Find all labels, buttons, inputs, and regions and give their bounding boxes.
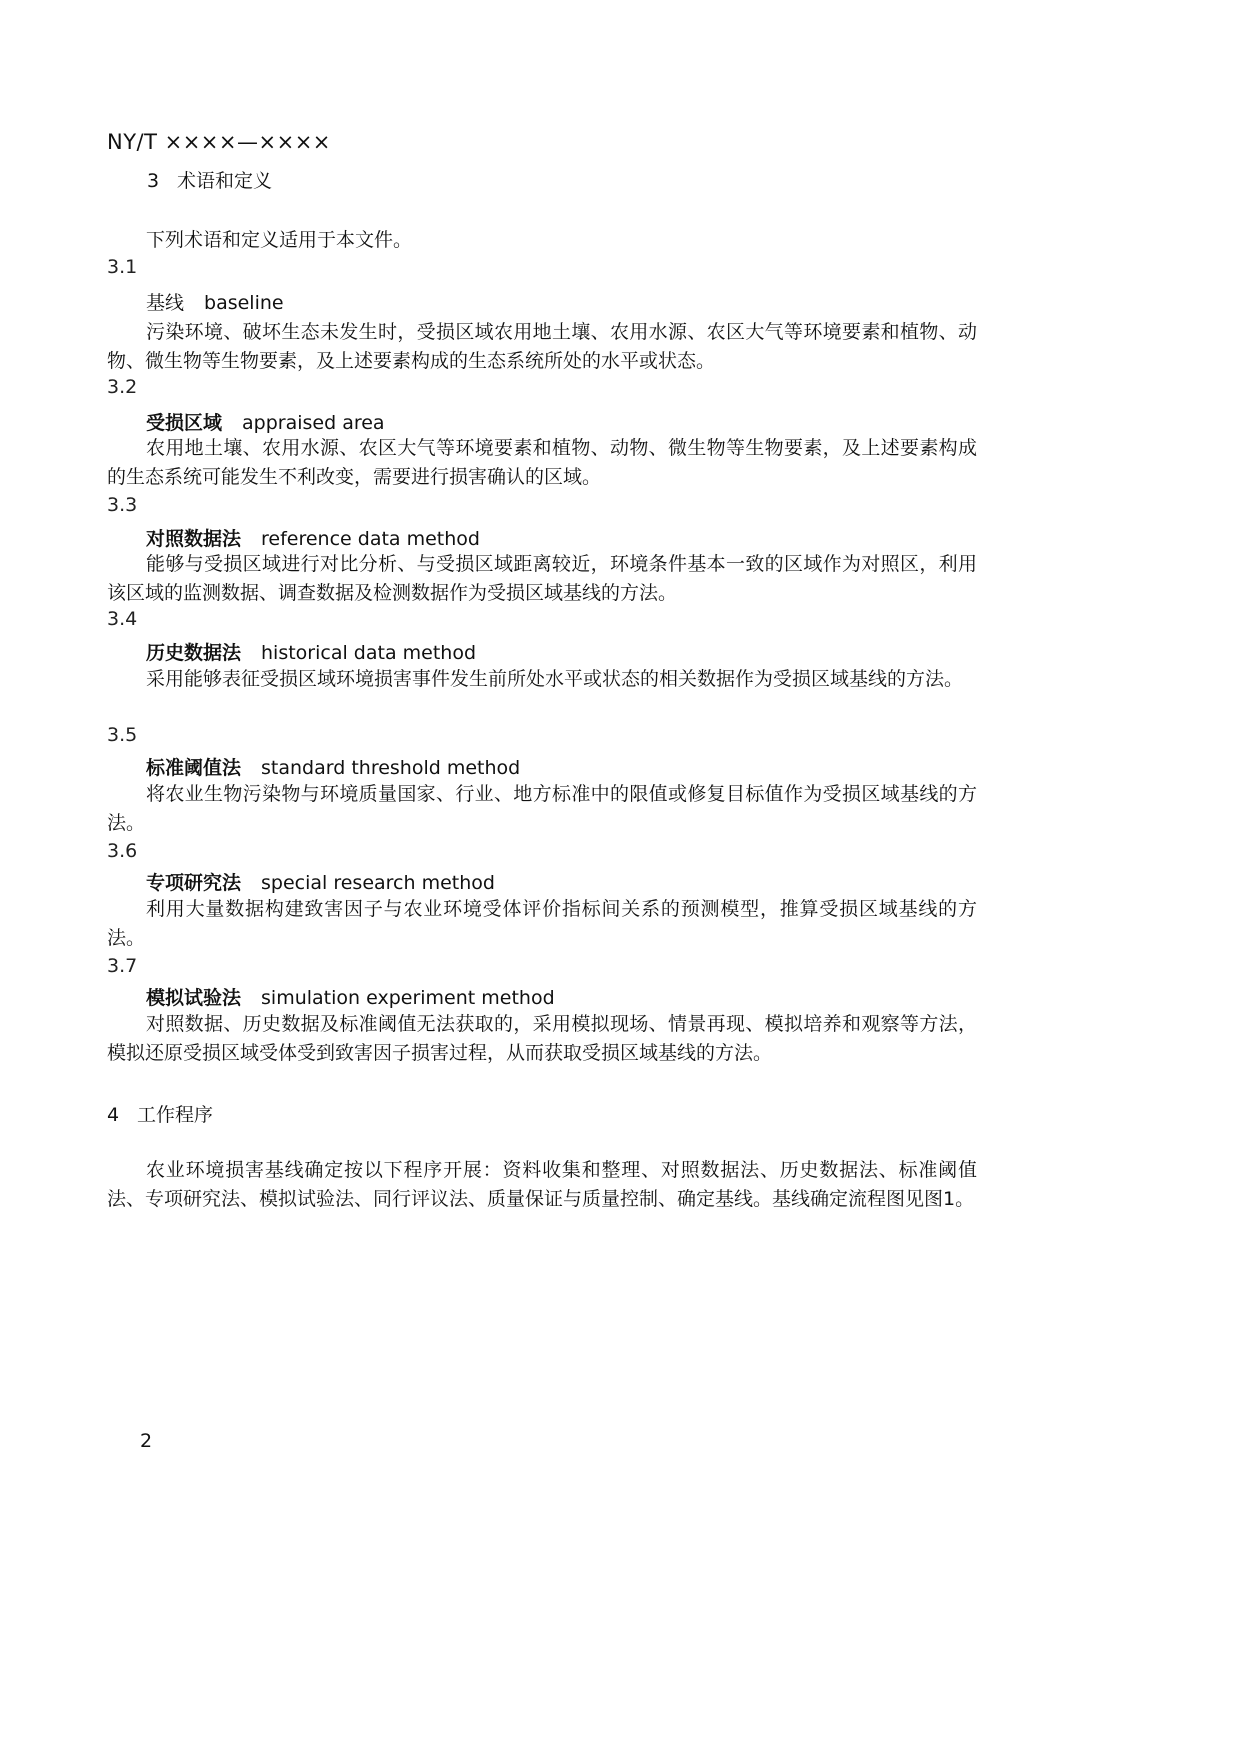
term-heading: 对照数据法reference data method <box>146 524 480 551</box>
term-zh: 受损区域 <box>146 412 222 434</box>
term-definition: 农用地土壤、农用水源、农区大气等环境要素和植物、动物、微生物等生物要素，及上述要… <box>107 434 977 492</box>
term-definition: 对照数据、历史数据及标准阈值无法获取的，采用模拟现场、情景再现、模拟培养和观察等… <box>107 1010 977 1068</box>
term-number: 3.4 <box>107 608 137 630</box>
term-number: 3.7 <box>107 955 137 977</box>
term-definition: 污染环境、破坏生态未发生时，受损区域农用地土壤、农用水源、农区大气等环境要素和植… <box>107 318 977 376</box>
term-zh: 标准阈值法 <box>146 757 241 779</box>
section-title: 术语和定义 <box>177 170 272 192</box>
section-4-heading: 4工作程序 <box>107 1100 213 1127</box>
document-page: NY/T ××××—×××× 3术语和定义 下列术语和定义适用于本文件。 3.1… <box>0 0 1240 1754</box>
term-heading: 受损区域appraised area <box>146 408 385 435</box>
term-heading: 模拟试验法simulation experiment method <box>146 983 555 1010</box>
section-4-body: 农业环境损害基线确定按以下程序开展：资料收集和整理、对照数据法、历史数据法、标准… <box>107 1156 977 1214</box>
term-en: special research method <box>261 872 495 894</box>
section-title: 工作程序 <box>137 1104 213 1126</box>
term-zh: 对照数据法 <box>146 528 241 550</box>
term-number: 3.2 <box>107 376 137 398</box>
term-number: 3.5 <box>107 724 137 746</box>
term-zh: 专项研究法 <box>146 872 241 894</box>
term-en: appraised area <box>242 412 385 434</box>
term-zh: 历史数据法 <box>146 642 241 664</box>
term-number: 3.6 <box>107 840 137 862</box>
term-heading: 基线baseline <box>146 288 284 315</box>
term-definition: 将农业生物污染物与环境质量国家、行业、地方标准中的限值或修复目标值作为受损区域基… <box>107 780 977 838</box>
section-3-intro: 下列术语和定义适用于本文件。 <box>146 226 412 255</box>
standard-code-header: NY/T ××××—×××× <box>107 130 331 154</box>
section-number: 4 <box>107 1104 137 1126</box>
term-en: simulation experiment method <box>261 987 555 1009</box>
page-number: 2 <box>140 1430 152 1452</box>
term-en: standard threshold method <box>261 757 520 779</box>
term-zh: 模拟试验法 <box>146 987 241 1009</box>
term-definition: 采用能够表征受损区域环境损害事件发生前所处水平或状态的相关数据作为受损区域基线的… <box>107 665 977 694</box>
term-heading: 专项研究法special research method <box>146 868 495 895</box>
term-definition: 利用大量数据构建致害因子与农业环境受体评价指标间关系的预测模型，推算受损区域基线… <box>107 895 977 953</box>
term-definition: 能够与受损区域进行对比分析、与受损区域距离较近，环境条件基本一致的区域作为对照区… <box>107 550 977 608</box>
term-en: reference data method <box>261 528 480 550</box>
term-number: 3.3 <box>107 494 137 516</box>
term-en: historical data method <box>261 642 476 664</box>
term-heading: 标准阈值法standard threshold method <box>146 753 520 780</box>
term-zh: 基线 <box>146 292 184 314</box>
term-en: baseline <box>204 292 284 314</box>
term-number: 3.1 <box>107 256 137 278</box>
section-number: 3 <box>147 170 177 192</box>
term-heading: 历史数据法historical data method <box>146 638 476 665</box>
section-3-heading: 3术语和定义 <box>147 166 272 193</box>
